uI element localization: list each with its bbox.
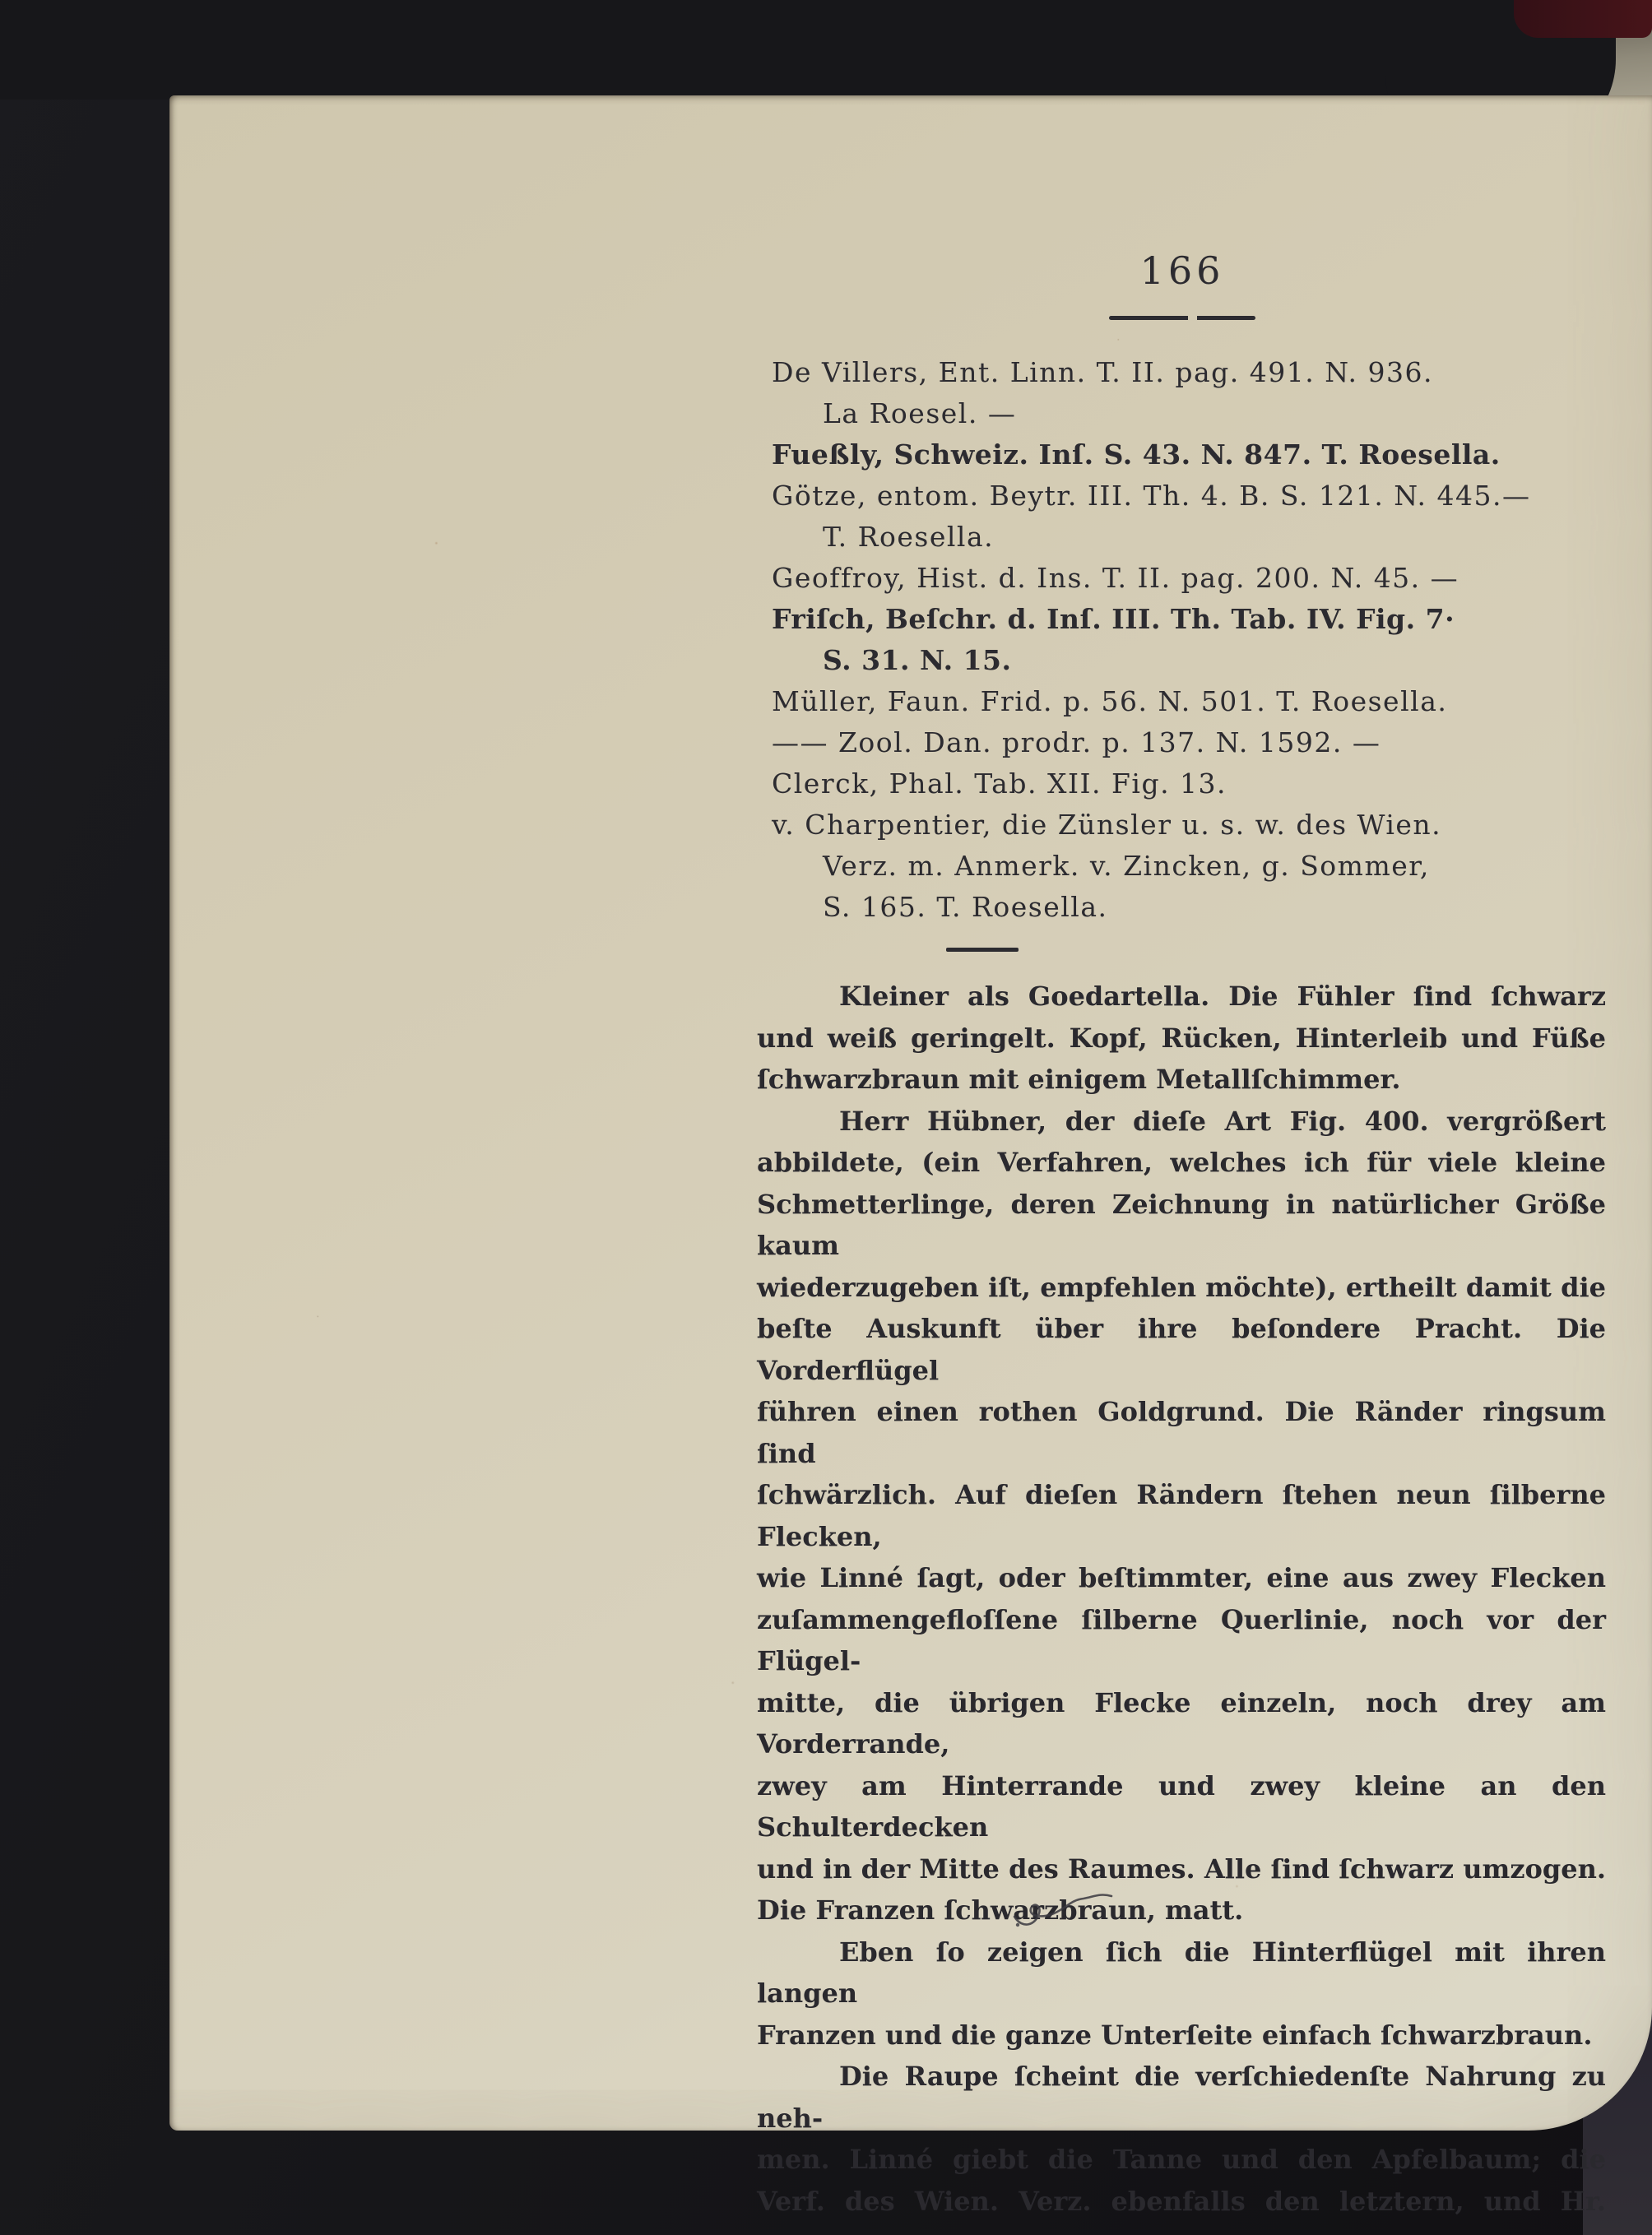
body-text-line: abbildete, (ein Verfahren, welches ich f… — [757, 1142, 1606, 1184]
section-divider-rule — [946, 948, 1019, 952]
page-number-text: 166 — [1140, 248, 1225, 293]
body-text-line: mitte, die übrigen Flecke einzeln, noch … — [757, 1682, 1606, 1765]
body-text-line: Herr Hübner, der dieſe Art Fig. 400. ver… — [757, 1101, 1606, 1143]
body-text-line: Verf. des Wien. Verz. ebenfalls den letz… — [757, 2181, 1606, 2223]
body-text-line: Schmetterlinge, deren Zeichnung in natür… — [757, 1184, 1606, 1267]
body-text-line: beſte Auskunft über ihre beſondere Prach… — [757, 1308, 1606, 1391]
reference-line: Friſch, Beſchr. d. Inſ. III. Th. Tab. IV… — [772, 599, 1607, 640]
body-text-line: führen einen rothen Goldgrund. Die Rände… — [757, 1391, 1606, 1474]
reference-line: Geoffroy, Hist. d. Ins. T. II. pag. 200.… — [772, 558, 1607, 599]
reference-line: Müller, Faun. Frid. p. 56. N. 501. T. Ro… — [772, 681, 1607, 722]
reference-line: S. 31. N. 15. — [772, 640, 1607, 681]
body-text-line: und in der Mitte des Raumes. Alle ſind ſ… — [757, 1848, 1606, 1890]
body-text-line: und weiß geringelt. Kopf, Rücken, Hinter… — [757, 1018, 1606, 1060]
body-text-line: Die Franzen ſchwarzbraun, matt. — [757, 1890, 1606, 1931]
reference-line: T. Roesella. — [772, 517, 1607, 558]
reference-line: La Roesel. — — [772, 393, 1607, 434]
reference-list: De Villers, Ent. Linn. T. II. pag. 491. … — [772, 352, 1607, 928]
page-number-rule — [1109, 316, 1255, 320]
body-text: Kleiner als Goedartella. Die Fühler ſind… — [757, 976, 1606, 2222]
body-text-line: Die Raupe ſcheint die verſchiedenſte Nah… — [757, 2056, 1606, 2139]
body-text-line: Kleiner als Goedartella. Die Fühler ſind… — [757, 976, 1606, 1018]
body-text-line: ſchwarzbraun mit einigem Metallſchimmer. — [757, 1059, 1606, 1101]
reference-line: —— Zool. Dan. prodr. p. 137. N. 1592. — — [772, 722, 1607, 763]
page-number: 166 — [1109, 248, 1255, 293]
body-text-line: Eben ſo zeigen ſich die Hinterflügel mit… — [757, 1931, 1606, 2015]
body-text-line: zwey am Hinterrande und zwey kleine an d… — [757, 1765, 1606, 1848]
reference-line: Götze, entom. Beytr. III. Th. 4. B. S. 1… — [772, 475, 1607, 517]
reference-line: De Villers, Ent. Linn. T. II. pag. 491. … — [772, 352, 1607, 393]
reference-line: Verz. m. Anmerk. v. Zincken, g. Sommer, — [772, 846, 1607, 887]
body-text-line: wie Linné ſagt, oder beſtimmter, eine au… — [757, 1557, 1606, 1599]
reference-line: v. Charpentier, die Zünsler u. s. w. des… — [772, 805, 1607, 846]
reference-line: S. 165. T. Roesella. — [772, 887, 1607, 928]
body-text-line: wiederzugeben iſt, empfehlen möchte), er… — [757, 1267, 1606, 1309]
book-cover-red-spine — [1514, 0, 1652, 38]
reference-line: Clerck, Phal. Tab. XII. Fig. 13. — [772, 763, 1607, 805]
body-text-line: ſchwärzlich. Auf dieſen Rändern ſtehen n… — [757, 1474, 1606, 1557]
scanned-book-page: 166 De Villers, Ent. Linn. T. II. pag. 4… — [0, 0, 1652, 2235]
body-text-line: Franzen und die ganze Unterſeite einfach… — [757, 2015, 1606, 2056]
ink-squiggle-mark — [1008, 1882, 1123, 1935]
reference-line: Fueßly, Schweiz. Inſ. S. 43. N. 847. T. … — [772, 434, 1607, 475]
body-text-line: men. Linné giebt die Tanne und den Apfel… — [757, 2139, 1606, 2181]
body-text-line: zuſammengefloſſene ſilberne Querlinie, n… — [757, 1599, 1606, 1682]
